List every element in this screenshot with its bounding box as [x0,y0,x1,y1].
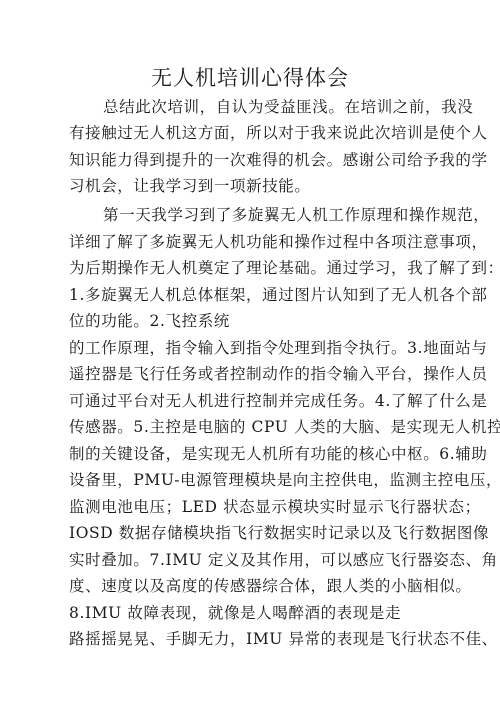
text-line: 实时叠加。7.IMU 定义及其作用，可以感应飞行器姿态、角 [69,550,498,570]
text-line: 第一天我学习到了多旋翼无人机工作原理和操作规范， [103,205,489,225]
text-line: 8.IMU 故障表现，就像是人喝醉酒的表现是走 [69,603,401,623]
text-line: 监测电池电压；LED 状态显示模块实时显示飞行器状态； [69,497,481,517]
text-line: 度、速度以及高度的传感器综合体，跟人类的小脑相似。 [69,576,472,596]
text-line: 有接触过无人机这方面，所以对于我来说此次培训是使个人 [69,123,488,143]
text-line: 为后期操作无人机奠定了理论基础。通过学习，我了解了到： [69,258,500,278]
text-line: 传感器。5.主控是电脑的 CPU 人类的大脑、是实现无人机控 [69,417,500,437]
text-line: 遥控器是飞行任务或者控制动作的指令输入平台，操作人员 [69,364,488,384]
text-line: 总结此次培训，自认为受益匪浅。在培训之前，我没 [103,97,473,117]
text-line: 制的关键设备，是实现无人机所有功能的核心中枢。6.辅助 [69,444,488,464]
text-line: 知识能力得到提升的一次难得的机会。感谢公司给予我的学 [69,150,488,170]
document-title: 无人机培训心得体会 [0,64,500,92]
text-line: 设备里，PMU-电源管理模块是向主控供电，监测主控电压， [69,470,500,490]
text-line: IOSD 数据存储模块指飞行数据实时记录以及飞行数据图像 [69,523,489,543]
text-line: 位的功能。2.飞控系统 [69,311,230,331]
text-line: 可通过平台对无人机进行控制并完成任务。4.了解了什么是 [69,391,488,411]
text-line: 1.多旋翼无人机总体框架，通过图片认知到了无人机各个部 [69,285,488,305]
text-line: 路摇摇晃晃、手脚无力，IMU 异常的表现是飞行状态不佳、 [69,629,498,649]
text-line: 习机会，让我学习到一项新技能。 [69,176,311,196]
text-line: 的工作原理，指令输入到指令处理到指令执行。3.地面站与 [69,338,488,358]
text-line: 详细了解了多旋翼无人机功能和操作过程中各项注意事项， [69,232,488,252]
